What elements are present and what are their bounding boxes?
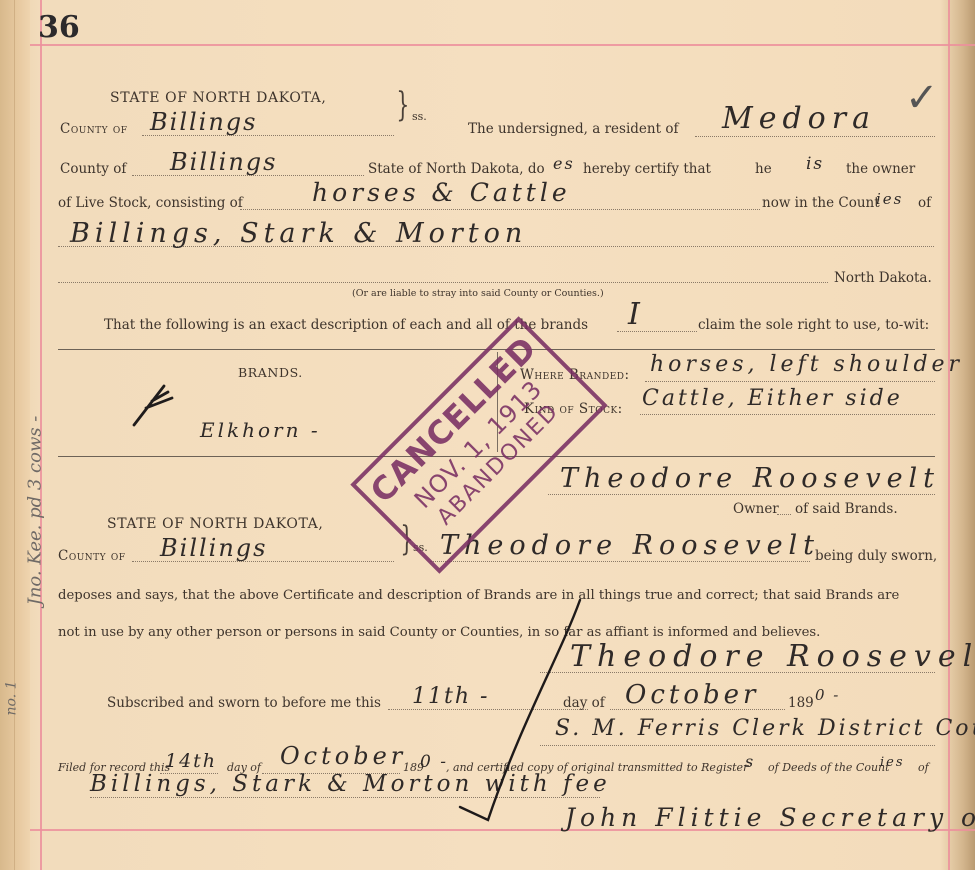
claim-text: claim the sole right to use, to-wit: (698, 319, 929, 333)
north-dakota: North Dakota. (834, 272, 932, 286)
owner-fill (777, 514, 791, 515)
secretary-signature: John Flittie Secretary of State (565, 805, 975, 830)
state-text-3: the owner (846, 163, 915, 177)
margin-note-2: no. 1 (4, 680, 20, 715)
county-of-value: Billings (170, 150, 277, 174)
ss-label: ss. (412, 111, 427, 122)
state-text-2: hereby certify that (583, 163, 711, 177)
clerk-signature: S. M. Ferris Clerk District Court (555, 718, 975, 740)
of-text: of (918, 197, 931, 211)
counties-value: Billings, Stark & Morton (70, 220, 527, 247)
owner-label: Owner (733, 503, 779, 517)
verb: is (806, 156, 824, 173)
now-in-text: now in the Count (762, 197, 880, 211)
state-heading: STATE OF NORTH DAKOTA, (110, 91, 326, 105)
brand-name: Elkhorn - (200, 420, 321, 440)
affidavit-county-label: County of (58, 550, 126, 564)
owner-suffix: of said Brands. (795, 503, 898, 517)
resident-field-line (695, 136, 935, 137)
affiant-value: Theodore Roosevelt (440, 532, 820, 559)
brands-count-value: I (628, 300, 642, 330)
stray-note: (Or are liable to stray into said County… (352, 289, 604, 299)
livestock-value: horses & Cattle (312, 180, 571, 205)
kind-of-stock-value: Cattle, Either side (642, 388, 903, 410)
pronoun: he (755, 163, 772, 177)
kind-of-stock-line (640, 414, 935, 415)
filing-of-text: of (918, 762, 929, 773)
county-value: Billings (150, 110, 257, 134)
year-suffix: 0 - (815, 688, 840, 703)
filed-day-value: 14th (165, 752, 217, 771)
affiant-signature: Theodore Roosevelt (570, 642, 975, 672)
where-branded-value: horses, left shoulder (650, 354, 963, 376)
county-of-label: County of (60, 163, 126, 177)
ledger-page: 36 ✓ Jno. Kee. pd 3 cows - no. 1 STATE O… (0, 0, 975, 870)
clerk-signature-line (540, 745, 935, 746)
year-prefix: 189 (788, 697, 814, 711)
resident-value: Medora (722, 104, 876, 134)
brands-heading: BRANDS. (238, 367, 303, 380)
owner-signature: Theodore Roosevelt (560, 465, 940, 492)
sworn-month-value: October (625, 682, 759, 708)
counties-suffix: ies (876, 192, 903, 207)
sworn-text: being duly sworn, (815, 550, 937, 564)
filed-month-value: October (280, 744, 406, 768)
register-suffix: s (745, 754, 755, 770)
where-branded-line (645, 381, 935, 382)
header-rule (30, 44, 975, 46)
owner-signature-line (548, 494, 935, 495)
affiant-line (430, 561, 810, 562)
checkmark: ✓ (905, 78, 941, 118)
affidavit-state-heading: STATE OF NORTH DAKOTA, (107, 517, 323, 531)
resident-text: The undersigned, a resident of (468, 123, 678, 137)
deeds-text: of Deeds of the Count (768, 762, 890, 773)
counties-field-line-2 (58, 282, 828, 283)
livestock-label: of Live Stock, consisting of (58, 197, 243, 211)
county-label: County of (60, 123, 128, 137)
filing-counties-suffix: ies (880, 756, 905, 769)
livestock-field-line (240, 209, 760, 210)
do-suffix: es (553, 156, 575, 172)
margin-note: Jno. Kee. pd 3 cows - (24, 416, 45, 606)
brace: } (396, 88, 409, 122)
subscribed-text: Subscribed and sworn to before me this (107, 697, 381, 711)
pen-check-stroke-icon (440, 595, 590, 830)
elkhorn-brand-mark-icon (130, 380, 180, 430)
page-number: 36 (38, 10, 80, 45)
state-text-1: State of North Dakota, do (368, 163, 545, 177)
affidavit-county-value: Billings (160, 536, 267, 560)
